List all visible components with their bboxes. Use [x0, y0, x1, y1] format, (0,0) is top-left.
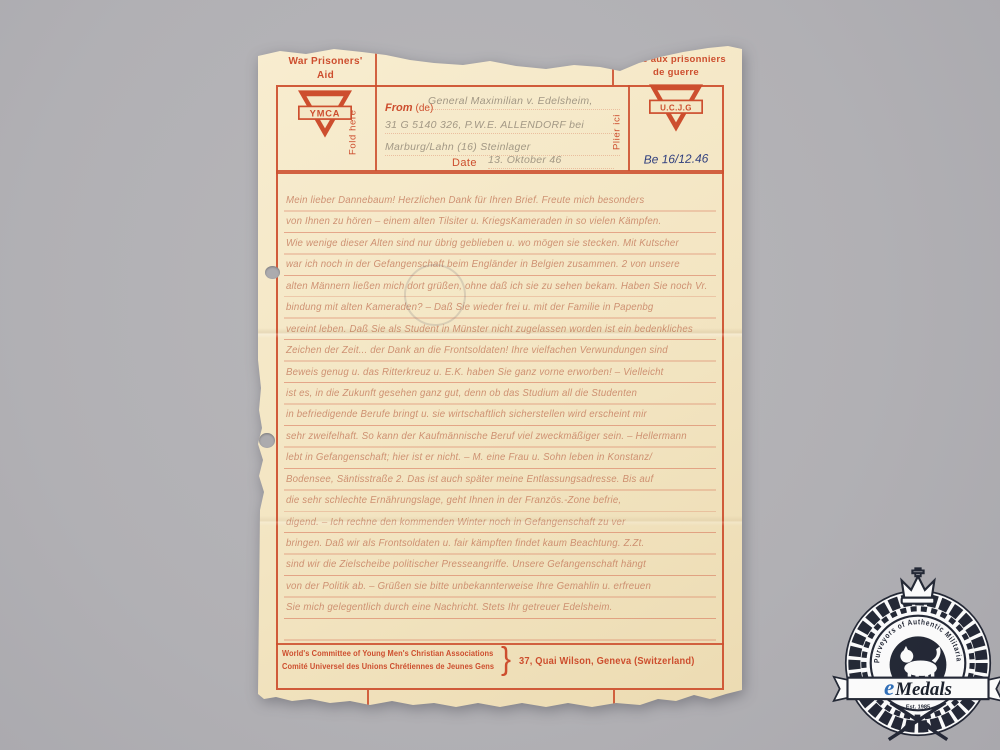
- ymca-triangle-logo: YMCA: [298, 90, 352, 138]
- footer-divider: [276, 643, 724, 645]
- aide-title-line1: Aide aux prisonniers: [626, 54, 726, 65]
- footer-org-block: World's Committee of Young Men's Christi…: [282, 647, 494, 673]
- handwriting-line: ist es, in die Zukunft gesehen ganz gut,…: [286, 383, 682, 404]
- from-label: From: [385, 102, 413, 114]
- handwriting-line: alten Männern ließen mich dort grüßen, o…: [286, 276, 682, 297]
- fold-line-left-bottom: [367, 690, 369, 705]
- footer-brace: }: [501, 642, 511, 679]
- emedals-watermark: Purveyors of Authentic Militaria eMedal: [832, 566, 1000, 748]
- handwriting-line: vereint leben. Daß Sie als Student in Mü…: [286, 319, 682, 340]
- brand-e: e: [884, 675, 894, 701]
- from-value-line1: General Maximilian v. Edelsheim,: [428, 95, 620, 110]
- fold-line-left-top: [375, 52, 377, 85]
- punch-hole: [259, 433, 275, 448]
- handwriting-line: Bodensee, Säntisstraße 2. Das ist auch s…: [286, 469, 682, 490]
- ucjg-logo-text: U.C.J.G: [660, 104, 692, 113]
- punch-hole: [265, 266, 280, 279]
- handwriting-line: war ich noch in der Gefangenschaft beim …: [286, 254, 682, 275]
- handwriting-line: Zeichen der Zeit... der Dank an die Fron…: [286, 340, 682, 361]
- handwriting-line: digend. – Ich rechne den kommenden Winte…: [286, 512, 682, 533]
- footer-org-en: World's Committee of Young Men's Christi…: [282, 647, 494, 660]
- handwriting-line: Beweis genug u. das Ritterkreuz u. E.K. …: [286, 362, 682, 383]
- handwriting-line: lebt in Gefangenschaft; hier ist er nich…: [286, 447, 682, 468]
- from-label-row: From(de): [385, 98, 433, 116]
- header-bottom-rule: [276, 170, 724, 174]
- header-divider-left: [375, 85, 377, 171]
- fold-line-right-top: [612, 49, 614, 85]
- from-value-line2: 31 G 5140 326, P.W.E. ALLENDORF bei: [385, 119, 620, 134]
- date-value: 13. Oktober 46: [488, 154, 614, 169]
- letter-sheet: War Prisoners' Aid YMCA Fold here Plier …: [258, 40, 742, 712]
- handwriting-line: Mein lieber Dannebaum! Herzlichen Dank f…: [286, 190, 682, 211]
- received-note: Be 16/12.46: [624, 151, 728, 167]
- brand-rest: Medals: [894, 679, 952, 700]
- fold-line-right-bottom: [613, 690, 615, 705]
- letter-sheet-wrap: War Prisoners' Aid YMCA Fold here Plier …: [258, 40, 742, 712]
- ymca-logo-text: YMCA: [310, 109, 341, 119]
- date-label: Date: [452, 157, 477, 169]
- handwriting-line: Wie wenige dieser Alten sind nur übrig g…: [286, 233, 682, 254]
- ucjg-triangle-logo: U.C.J.G: [649, 84, 703, 132]
- handwriting-line: Sie mich gelegentlich durch eine Nachric…: [286, 597, 682, 618]
- handwriting-line: die sehr schlechte Ernährungslage, geht …: [286, 490, 682, 511]
- wpa-title-line2: Aid: [276, 70, 375, 81]
- handwriting-line: von der Politik ab. – Grüßen sie bitte u…: [286, 576, 682, 597]
- photo-background: War Prisoners' Aid YMCA Fold here Plier …: [0, 0, 1000, 750]
- footer-address: 37, Quai Wilson, Geneva (Switzerland): [519, 656, 695, 667]
- footer-org-fr: Comité Universel des Unions Chrétiennes …: [282, 660, 494, 673]
- handwriting-line: sind wir die Zielscheibe politischer Pre…: [286, 554, 682, 575]
- wpa-title-line1: War Prisoners': [276, 56, 375, 67]
- fold-here-label: Fold here: [346, 92, 360, 172]
- letter-body: Mein lieber Dannebaum! Herzlichen Dank f…: [286, 190, 716, 619]
- handwriting-line: bindung mit alten Kameraden? – Daß Sie w…: [286, 297, 682, 318]
- brand-banner: eMedals: [834, 675, 1000, 701]
- crown-icon: [902, 568, 935, 603]
- brand-text: eMedals: [884, 675, 952, 701]
- handwriting-line: bringen. Daß wir als Frontsoldaten u. fa…: [286, 533, 682, 554]
- handwriting-line: von Ihnen zu hören – einem alten Tilsite…: [286, 211, 682, 232]
- handwriting-line: sehr zweifelhaft. So kann der Kaufmännis…: [286, 426, 682, 447]
- est-text: Est. 1985: [906, 705, 930, 711]
- handwriting-line: in befriedigende Berufe bringt u. sie wi…: [286, 404, 682, 425]
- aide-title-line2: de guerre: [626, 67, 726, 78]
